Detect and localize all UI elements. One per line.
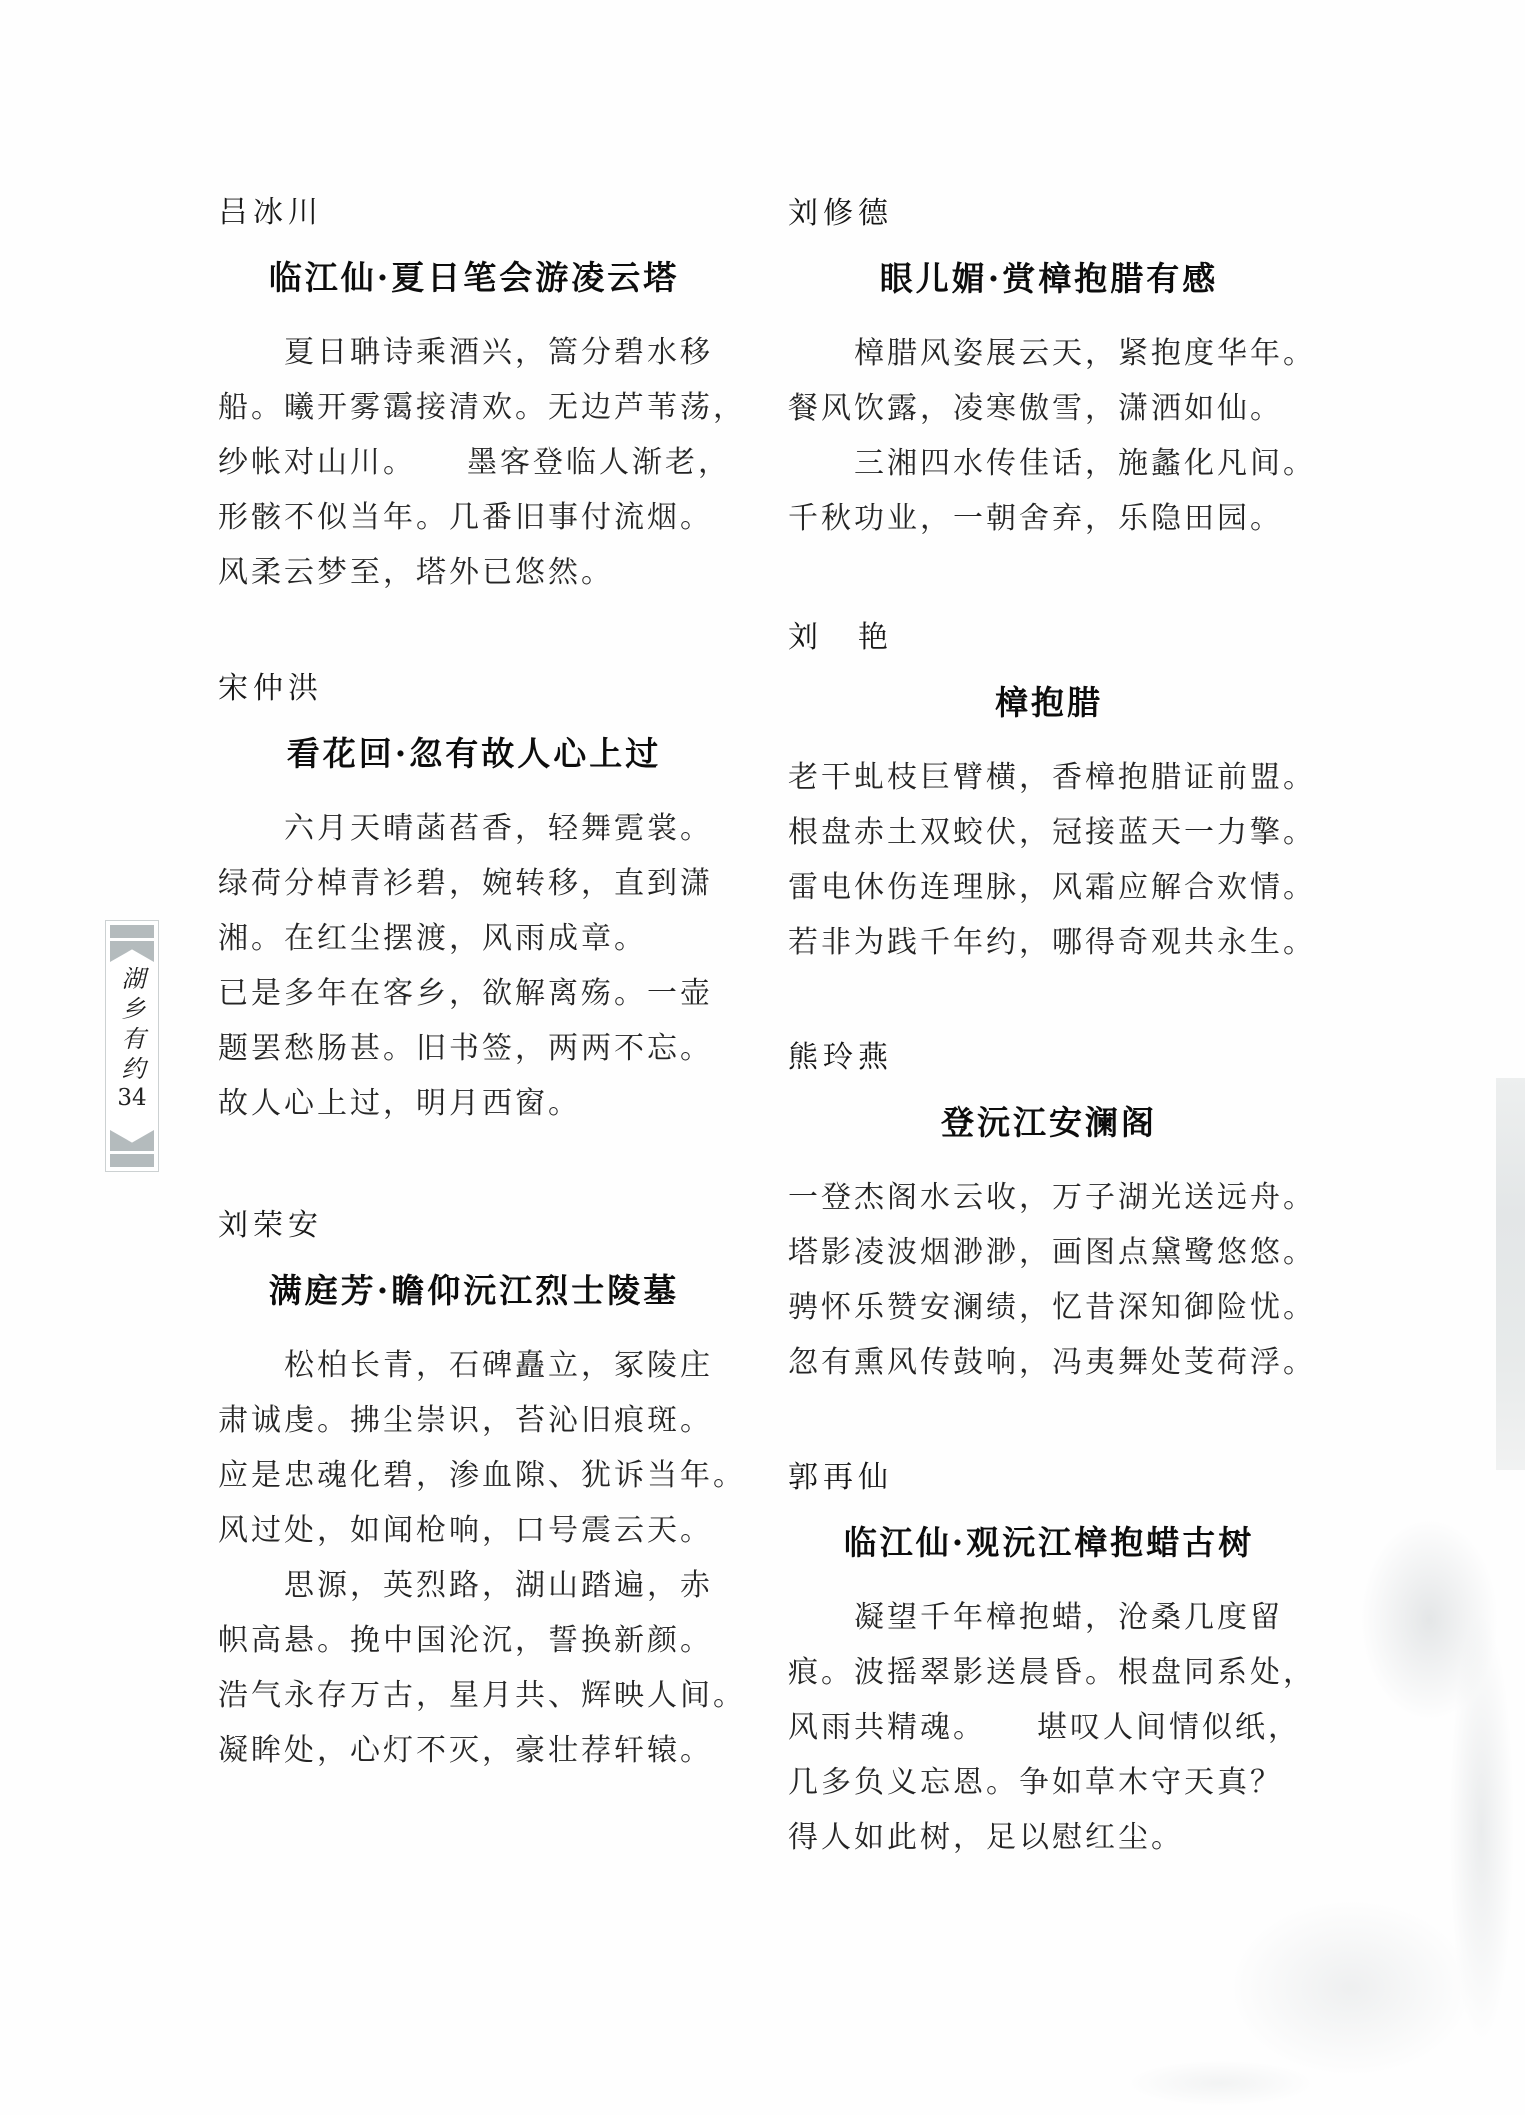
poem-1-line: 形骸不似当年。几番旧事付流烟。 [218, 490, 730, 545]
poem-1-line: 夏日聃诗乘酒兴，篙分碧水移 [218, 325, 730, 380]
poem-section-7: 郭再仙 临江仙·观沅江樟抱蜡古树 凝望千年樟抱蜡，沧桑几度留 痕。波摇翠影送晨昏… [788, 1459, 1310, 1865]
poem-1-line: 纱帐对山川。 墨客登临人渐老， [218, 435, 730, 490]
poem-3-line: 松柏长青，石碑矗立，冢陵庄 [218, 1338, 730, 1393]
book-page: 湖乡有约 34 吕冰川 临江仙·夏日笔会游凌云塔 夏日聃诗乘酒兴，篙分碧水移 船… [0, 0, 1525, 2115]
poem-3-line: 浩气永存万古，星月共、辉映人间。 [218, 1668, 730, 1723]
poem-5-line: 雷电休伤连理脉，风霜应解合欢情。 [788, 860, 1310, 915]
bookmark-journal-title: 湖乡有约 [106, 965, 158, 1087]
poem-2-line: 湘。在红尘摆渡，风雨成章。 [218, 911, 730, 966]
poem-7-line: 几多负义忘恩。争如草木守天真？ [788, 1755, 1310, 1810]
poem-4-body: 樟腊风姿展云天，紧抱度华年。 餐风饮露，凌寒傲雪，潇洒如仙。 三湘四水传佳话，施… [788, 326, 1310, 546]
poem-4-line: 樟腊风姿展云天，紧抱度华年。 [788, 326, 1310, 381]
poem-3-title: 满庭芳·瞻仰沅江烈士陵墓 [218, 1269, 730, 1313]
poem-2-line: 六月天晴菡萏香，轻舞霓裳。 [218, 801, 730, 856]
background-art-strip [1496, 1078, 1525, 1470]
poem-6-line: 一登杰阁水云收，万子湖光送远舟。 [788, 1170, 1310, 1225]
poem-6-line: 骋怀乐赞安澜绩，忆昔深知御险忧。 [788, 1280, 1310, 1335]
poem-2-title: 看花回·忽有故人心上过 [218, 732, 730, 776]
poem-2-line: 绿荷分棹青衫碧，婉转移，直到潇 [218, 856, 730, 911]
poem-3-line: 凝眸处，心灯不灭，豪壮荐轩辕。 [218, 1723, 730, 1778]
poem-3-line: 帜高悬。挽中国沦沉，誓换新颜。 [218, 1613, 730, 1668]
poem-4-author: 刘修德 [788, 195, 1310, 233]
poem-5-author: 刘 艳 [788, 619, 1310, 657]
bookmark-bottom-bar [110, 1154, 154, 1167]
poem-6-author: 熊玲燕 [788, 1039, 1310, 1077]
poem-6-line: 忽有熏风传鼓响，冯夷舞处芰荷浮。 [788, 1335, 1310, 1390]
poem-section-3: 刘荣安 满庭芳·瞻仰沅江烈士陵墓 松柏长青，石碑矗立，冢陵庄 肃诚虔。拂尘崇识，… [218, 1207, 730, 1778]
poem-5-title: 樟抱腊 [788, 681, 1310, 725]
poem-4-line: 餐风饮露，凌寒傲雪，潇洒如仙。 [788, 381, 1310, 436]
poem-2-line: 故人心上过，明月西窗。 [218, 1076, 730, 1131]
poem-5-line: 根盘赤土双蛟伏，冠接蓝天一力擎。 [788, 805, 1310, 860]
poem-1-title: 临江仙·夏日笔会游凌云塔 [218, 256, 730, 300]
poem-3-line: 肃诚虔。拂尘崇识，苔沁旧痕斑。 [218, 1393, 730, 1448]
poem-3-author: 刘荣安 [218, 1207, 730, 1245]
poem-1-author: 吕冰川 [218, 194, 730, 232]
poem-1-line: 风柔云梦至，塔外已悠然。 [218, 545, 730, 600]
poem-7-title: 临江仙·观沅江樟抱蜡古树 [788, 1521, 1310, 1565]
poem-3-line: 应是忠魂化碧，渗血隙、犹诉当年。 [218, 1448, 730, 1503]
poem-section-2: 宋仲洪 看花回·忽有故人心上过 六月天晴菡萏香，轻舞霓裳。 绿荷分棹青衫碧，婉转… [218, 670, 730, 1131]
poem-1-body: 夏日聃诗乘酒兴，篙分碧水移 船。曦开雾霭接清欢。无边芦苇荡， 纱帐对山川。 墨客… [218, 325, 730, 600]
poem-7-line: 凝望千年樟抱蜡，沧桑几度留 [788, 1590, 1310, 1645]
poem-7-body: 凝望千年樟抱蜡，沧桑几度留 痕。波摇翠影送晨昏。根盘同系处， 风雨共精魂。 堪叹… [788, 1590, 1310, 1865]
poem-3-line: 思源，英烈路，湖山踏遍，赤 [218, 1558, 730, 1613]
poem-3-line: 风过处，如闻枪响，口号震云天。 [218, 1503, 730, 1558]
poem-2-author: 宋仲洪 [218, 670, 730, 708]
bookmark-tab: 湖乡有约 34 [105, 920, 159, 1172]
poem-4-line: 三湘四水传佳话，施蠡化凡间。 [788, 436, 1310, 491]
bookmark-top-bar [110, 925, 154, 938]
poem-5-line: 老干虬枝巨臂横，香樟抱腊证前盟。 [788, 750, 1310, 805]
poem-6-line: 塔影凌波烟渺渺，画图点黛鹭悠悠。 [788, 1225, 1310, 1280]
poem-7-line: 风雨共精魂。 堪叹人间情似纸， [788, 1700, 1310, 1755]
poem-2-line: 题罢愁肠甚。旧书签，两两不忘。 [218, 1021, 730, 1076]
poem-6-body: 一登杰阁水云收，万子湖光送远舟。 塔影凌波烟渺渺，画图点黛鹭悠悠。 骋怀乐赞安澜… [788, 1170, 1310, 1390]
poem-6-title: 登沅江安澜阁 [788, 1101, 1310, 1145]
bookmark-top-chevron [110, 941, 154, 962]
poem-2-body: 六月天晴菡萏香，轻舞霓裳。 绿荷分棹青衫碧，婉转移，直到潇 湘。在红尘摆渡，风雨… [218, 801, 730, 1131]
poem-section-1: 吕冰川 临江仙·夏日笔会游凌云塔 夏日聃诗乘酒兴，篙分碧水移 船。曦开雾霭接清欢… [218, 194, 730, 600]
poem-section-5: 刘 艳 樟抱腊 老干虬枝巨臂横，香樟抱腊证前盟。 根盘赤土双蛟伏，冠接蓝天一力擎… [788, 619, 1310, 970]
poem-7-author: 郭再仙 [788, 1459, 1310, 1497]
poem-section-6: 熊玲燕 登沅江安澜阁 一登杰阁水云收，万子湖光送远舟。 塔影凌波烟渺渺，画图点黛… [788, 1039, 1310, 1390]
poem-section-4: 刘修德 眼儿媚·赏樟抱腊有感 樟腊风姿展云天，紧抱度华年。 餐风饮露，凌寒傲雪，… [788, 195, 1310, 546]
poem-2-line: 已是多年在客乡，欲解离殇。一壶 [218, 966, 730, 1021]
poem-4-line: 千秋功业，一朝舍弃，乐隐田园。 [788, 491, 1310, 546]
poem-5-line: 若非为践千年约，哪得奇观共永生。 [788, 915, 1310, 970]
poem-4-title: 眼儿媚·赏樟抱腊有感 [788, 257, 1310, 301]
bookmark-bottom-chevron [110, 1130, 154, 1151]
poem-1-line: 船。曦开雾霭接清欢。无边芦苇荡， [218, 380, 730, 435]
poem-5-body: 老干虬枝巨臂横，香樟抱腊证前盟。 根盘赤土双蛟伏，冠接蓝天一力擎。 雷电休伤连理… [788, 750, 1310, 970]
poem-3-body: 松柏长青，石碑矗立，冢陵庄 肃诚虔。拂尘崇识，苔沁旧痕斑。 应是忠魂化碧，渗血隙… [218, 1338, 730, 1778]
poem-7-line: 痕。波摇翠影送晨昏。根盘同系处， [788, 1645, 1310, 1700]
bookmark-page-number: 34 [106, 1085, 158, 1111]
poem-7-line: 得人如此树，足以慰红尘。 [788, 1810, 1310, 1865]
